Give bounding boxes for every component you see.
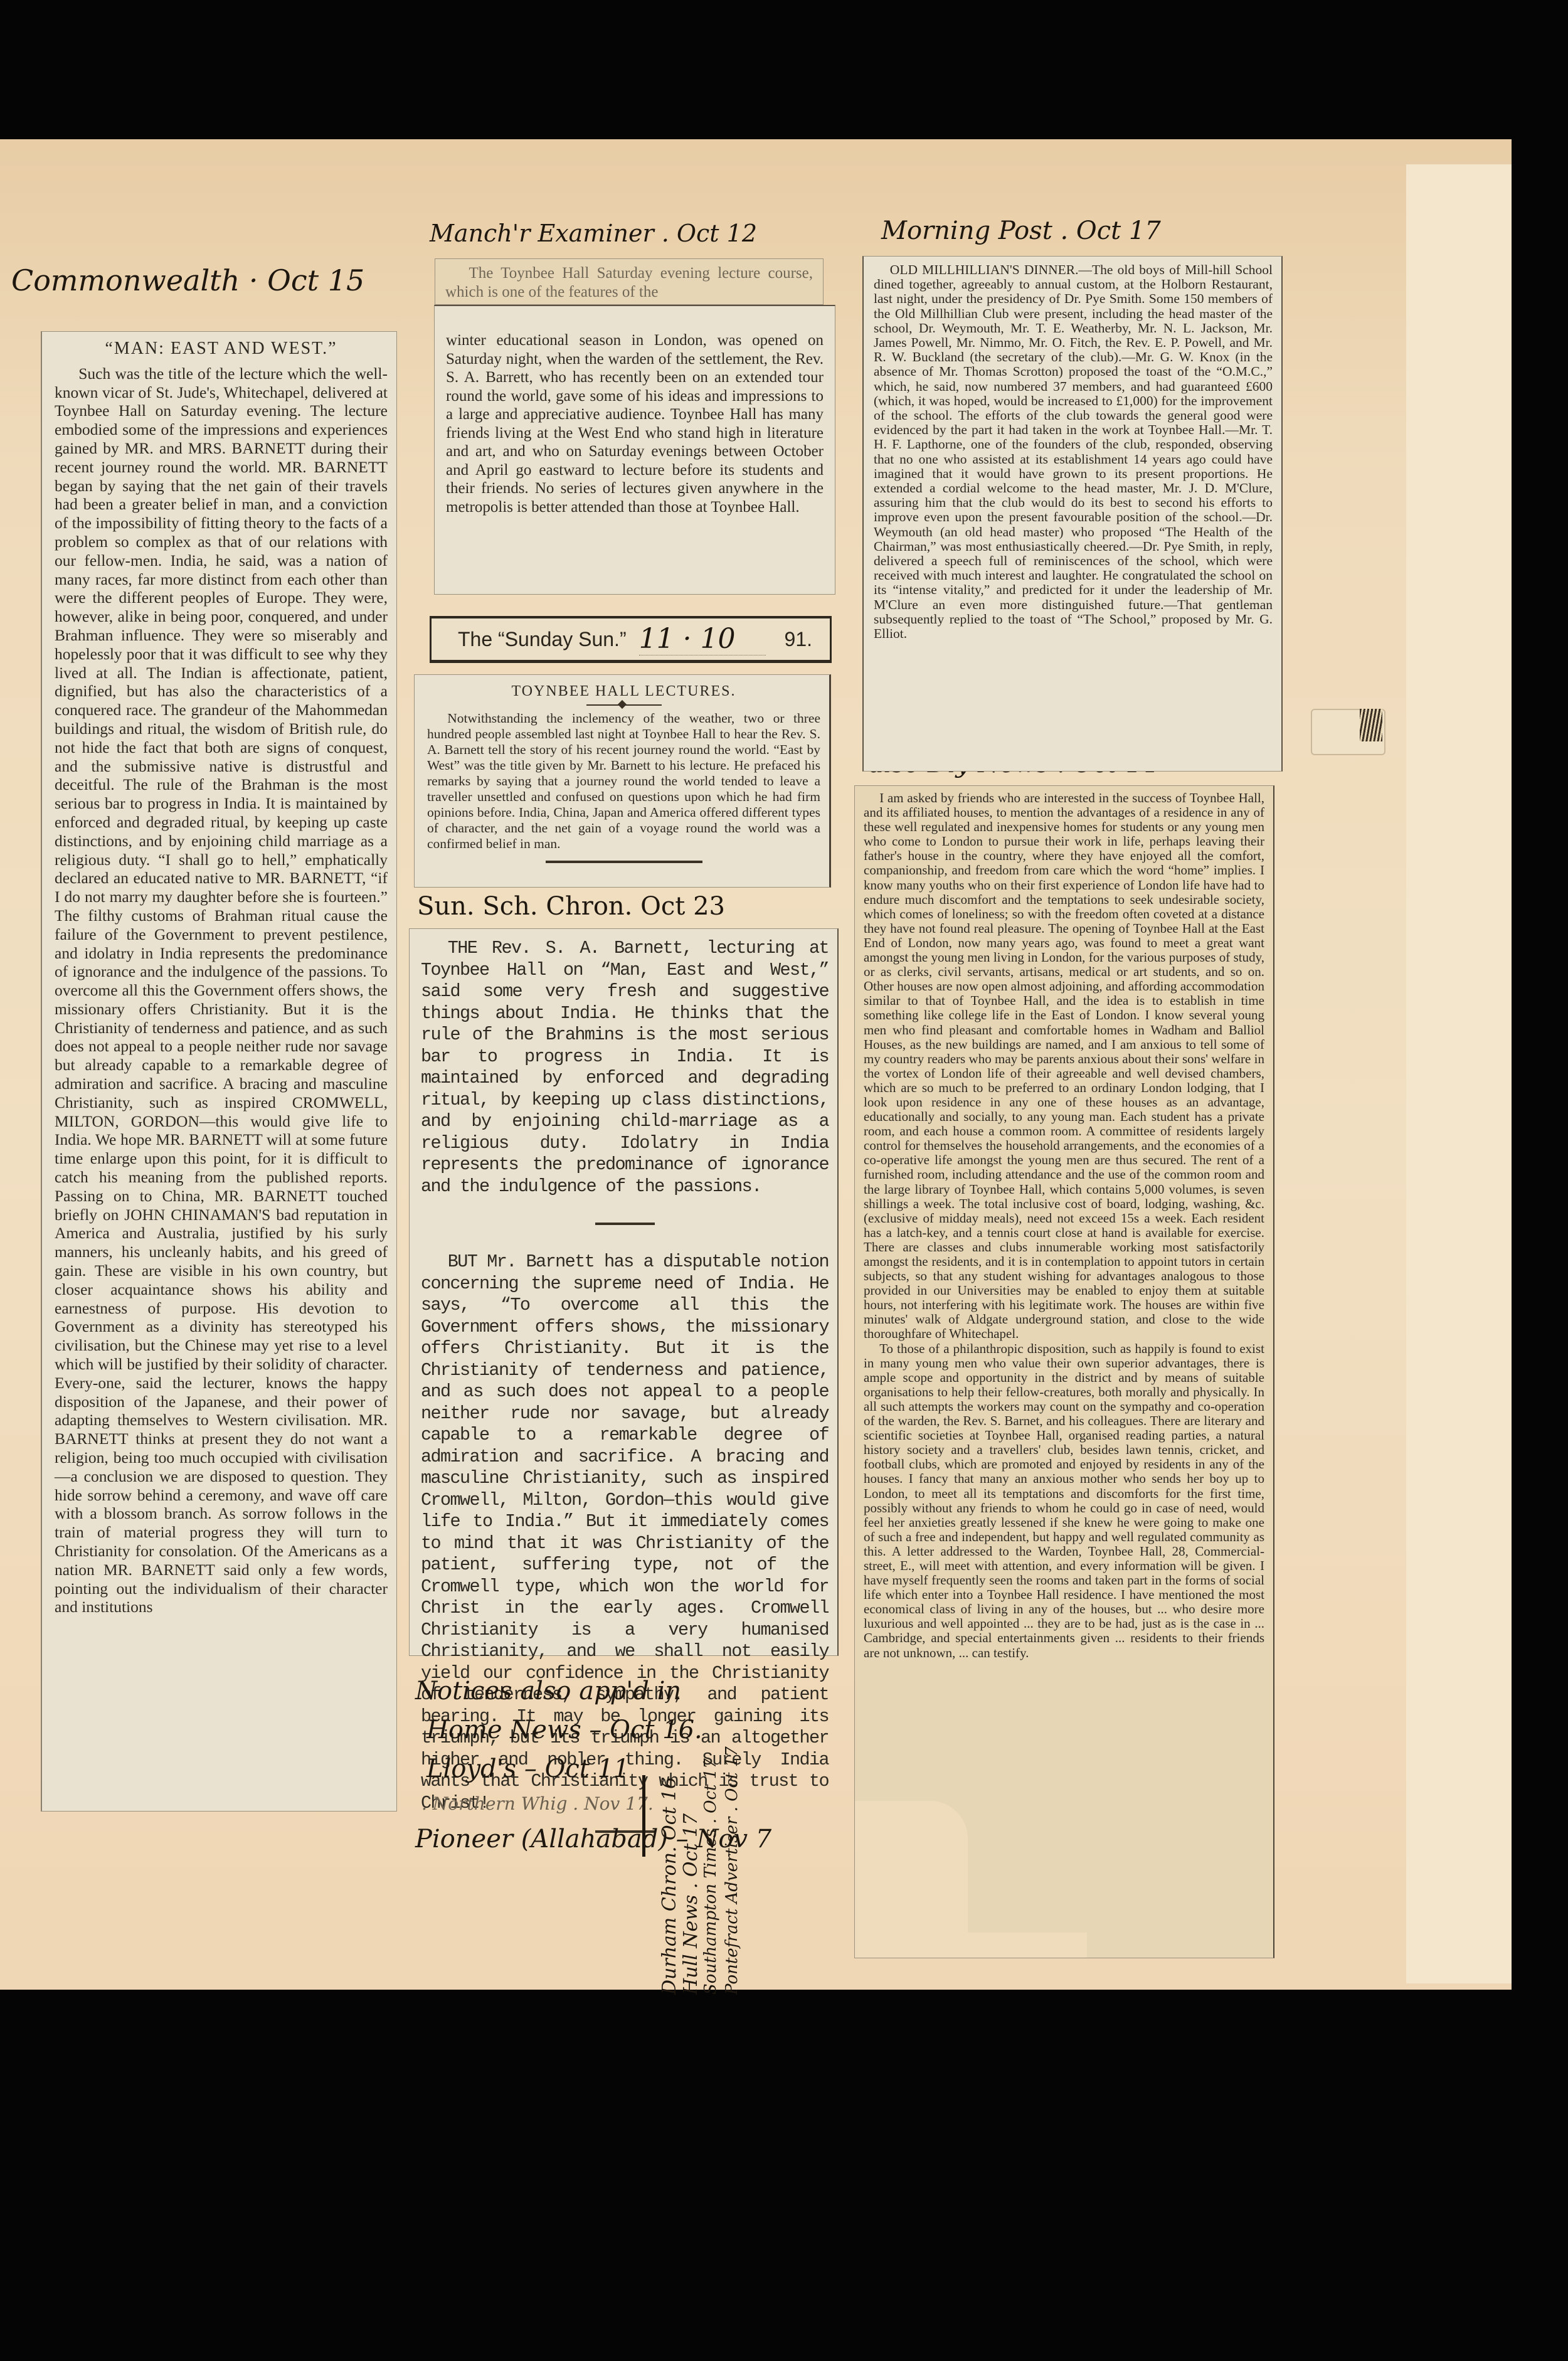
clipping-title: “MAN: EAST AND WEST.” [55, 339, 388, 358]
handwritten-divider [642, 1775, 645, 1857]
divider-rule [595, 1223, 655, 1225]
ink-fragment [1360, 709, 1382, 741]
clipping-body: OLD MILLHILLIAN'S DINNER.—The old boys o… [874, 263, 1273, 641]
torn-area [961, 1933, 1087, 1958]
vertical-note: Southampton Times . Oct 17 [701, 1758, 720, 1995]
clipping-body: winter educational season in London, was… [446, 331, 824, 516]
vertical-note: Pontefract Advertiser . Oct 17 [723, 1746, 741, 1995]
masthead-label: The “Sunday Sun.” [458, 628, 627, 651]
divider-rule [546, 861, 702, 863]
masthead-handwritten-date: 11 · 10 [639, 623, 766, 655]
page-right-margin [1406, 164, 1512, 1983]
ornamental-rule [586, 704, 662, 706]
clipping-intro: The Toynbee Hall Saturday evening lectur… [445, 264, 813, 302]
clipping-commonwealth: “MAN: EAST AND WEST.” Such was the title… [41, 331, 397, 1812]
torn-area [855, 1801, 968, 1958]
masthead-year: 91. [785, 628, 812, 651]
clipping-morning-post: OLD MILLHILLIAN'S DINNER.—The old boys o… [862, 256, 1283, 772]
clipping-manchester-examiner: winter educational season in London, was… [434, 305, 835, 595]
clipping-daily-news: I am asked by friends who are interested… [854, 785, 1274, 1958]
annotation-morning-post: Morning Post . Oct 17 [881, 216, 1161, 245]
clipping-text: —The old boys of Mill-hill School dined … [874, 262, 1273, 641]
vertical-note: Hull News . Oct 17 [680, 1813, 702, 1995]
vertical-note: Durham Chron. Oct 16 [659, 1777, 681, 1995]
notice-heading: Notices also app'd in [415, 1672, 771, 1711]
clipping-sun-sch-chron: THE Rev. S. A. Barnett, lecturing at Toy… [409, 928, 839, 1656]
clipping-lead: OLD MILLHILLIAN'S DINNER. [890, 262, 1079, 277]
clipping-paragraph-1: I am asked by friends who are interested… [864, 791, 1264, 1342]
annotation-commonwealth: Commonwealth · Oct 15 [11, 263, 364, 297]
clipping-title: TOYNBEE HALL LECTURES. [427, 684, 820, 699]
annotation-sun-sch-chron: Sun. Sch. Chron. Oct 23 [417, 892, 725, 921]
clipping-manchester-examiner-intro: The Toynbee Hall Saturday evening lectur… [435, 258, 824, 305]
clipping-body: Such was the title of the lecture which … [55, 364, 388, 1616]
clipping-body: Notwithstanding the inclemency of the we… [427, 711, 820, 852]
annotation-manchester-examiner: Manch'r Examiner . Oct 12 [430, 220, 757, 247]
clipping-paragraph-1: THE Rev. S. A. Barnett, lecturing at Toy… [421, 938, 829, 1197]
clipping-paragraph-2: To those of a philanthropic disposition,… [864, 1342, 1264, 1660]
sunday-sun-masthead: The “Sunday Sun.” 11 · 10 91. [430, 616, 832, 663]
clipping-sunday-sun: TOYNBEE HALL LECTURES. Notwithstanding t… [414, 674, 831, 888]
notice-item: Home News – Oct 16. [426, 1711, 771, 1749]
